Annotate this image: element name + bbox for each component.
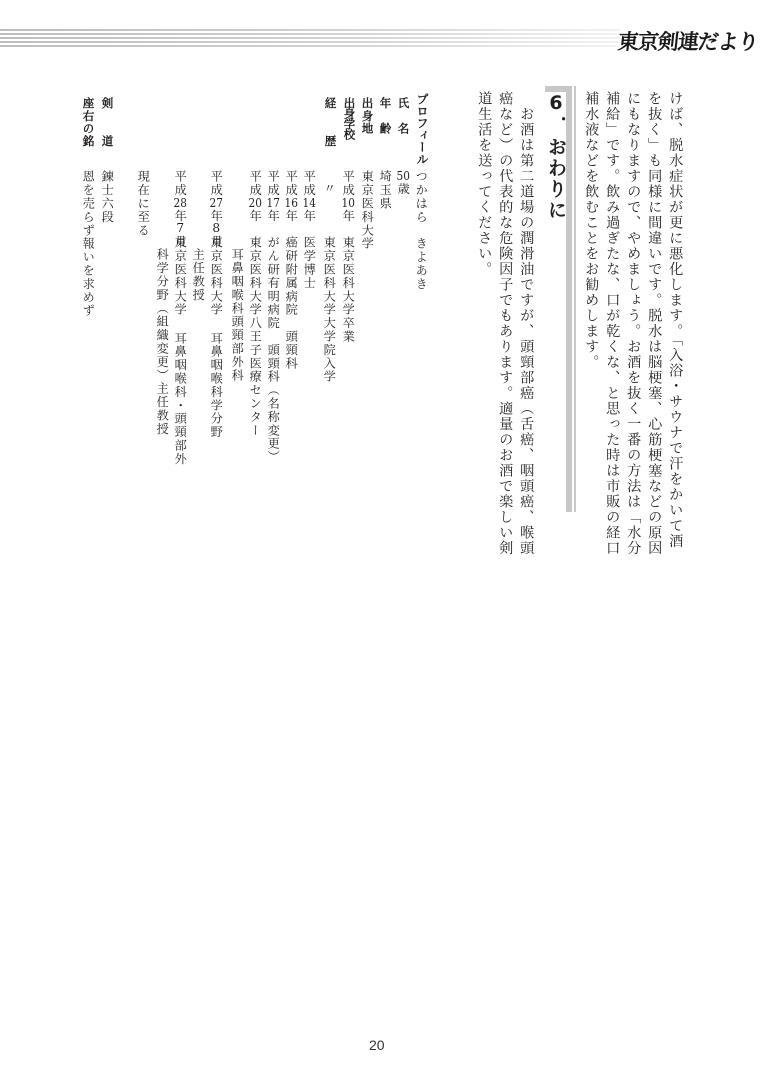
- career-year: 〃: [323, 182, 335, 195]
- age-number: 50: [396, 170, 410, 182]
- kendo-label: 剣 道: [101, 97, 113, 148]
- header-stripe: [0, 45, 620, 47]
- career-label: 経 歴: [324, 97, 336, 148]
- closing-line: 癌など）の代表的な危険因子でもあります。適量のお酒で楽しい剣: [498, 91, 512, 556]
- career-text: 東京医科大学 耳鼻咽喉科・頭頸部外: [174, 236, 186, 466]
- school-label: 出身学校: [343, 97, 355, 139]
- header-stripe: [0, 29, 620, 31]
- header-stripes: [0, 28, 620, 50]
- name-value: つかはら きよあき: [415, 170, 427, 291]
- career-text: 科学分野（組織変更）主任教授: [156, 248, 168, 436]
- section-heading: 6．おわりに: [543, 92, 570, 221]
- career-year: 平成10年: [342, 170, 354, 222]
- name-label: 氏 名: [397, 97, 409, 135]
- career-text: 東京医科大学八王子医療センター: [249, 236, 261, 437]
- career-year: 平成20年: [249, 170, 261, 222]
- career-year: 平成16年: [285, 170, 297, 222]
- article-line: にもなりますので、やめましょう。お酒を抜く一番の方法は「水分: [626, 91, 640, 556]
- career-year: 平成17年: [267, 170, 279, 222]
- header-stripe: [0, 33, 620, 35]
- header-stripe: [0, 37, 620, 39]
- article-line: 補給」です。飲み過ぎたな、口が乾くな、と思った時は市販の経口: [605, 91, 619, 556]
- school-value: 東京医科大学: [361, 170, 373, 250]
- career-text: 東京医科大学大学院入学: [323, 236, 335, 383]
- article-line: を抜く」も同様に間違いです。脱水は脳梗塞、心筋梗塞などの原因: [647, 91, 661, 556]
- career-current: 現在に至る: [137, 170, 149, 237]
- career-text: 医学博士: [303, 236, 315, 290]
- motto-value: 恩を売らず報いを求めず: [82, 170, 94, 317]
- page-number: 20: [369, 1037, 385, 1053]
- career-text: 耳鼻咽喉科頭頸部外科: [231, 248, 243, 382]
- age-value: 50歳: [397, 170, 409, 196]
- birthplace-value: 埼玉県: [379, 170, 391, 210]
- career-text: 癌研附属病院 頭頸科: [285, 236, 297, 370]
- age-label: 年 齢: [379, 97, 391, 135]
- career-year: 平成14年: [303, 170, 315, 222]
- birthplace-label: 出身地: [361, 97, 373, 135]
- closing-line: 道生活を送ってください。: [477, 91, 491, 277]
- career-text: 東京医科大学 耳鼻咽喉科学分野: [210, 236, 222, 439]
- career-text: がん研有明病院 頭頸科（名称変更）: [267, 236, 279, 464]
- motto-label: 座右の銘: [82, 97, 94, 148]
- closing-line: お酒は第二道場の潤滑油ですが、頭頸部癌（舌癌、咽頭癌、喉頭: [519, 91, 533, 556]
- kendo-value: 錬士六段: [101, 170, 113, 224]
- header-stripe: [0, 41, 620, 43]
- article-line: けば、脱水症状が更に悪化します。「入浴・サウナで汗をかいて酒: [668, 91, 682, 549]
- masthead-title: 東京剣連だより: [616, 26, 759, 56]
- profile-title: プロフィール: [414, 93, 431, 165]
- heading-bar-thin: [574, 86, 576, 512]
- article-line: 補水液などを飲むことをお勧めします。: [584, 91, 598, 370]
- career-text: 主任教授: [192, 248, 204, 302]
- career-text: 東京医科大学卒業: [342, 236, 354, 343]
